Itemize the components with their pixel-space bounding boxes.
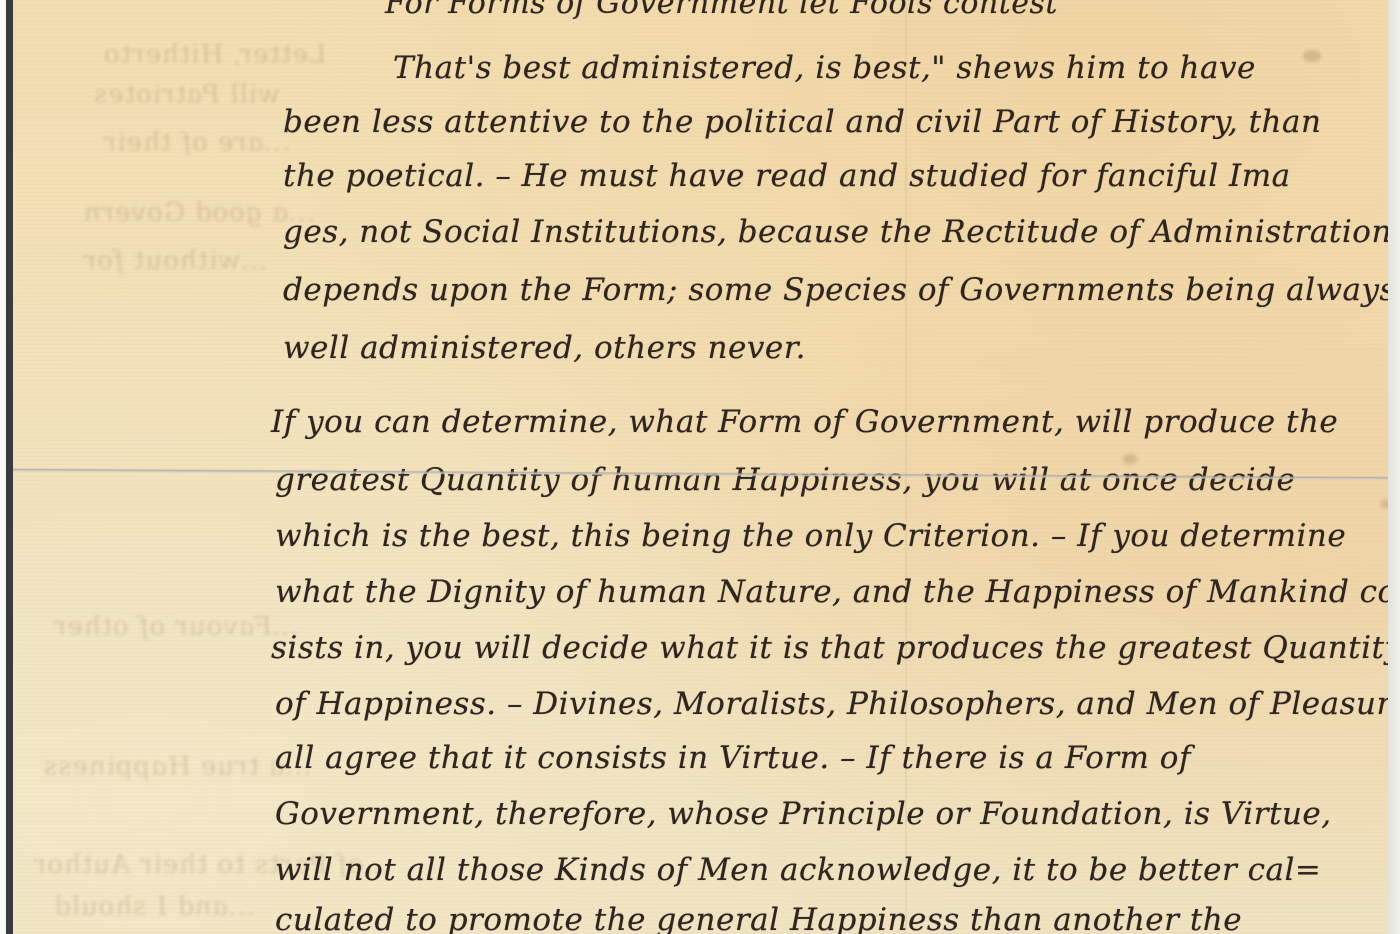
bleed-through-line: Letter, Hitherto (101, 40, 328, 70)
manuscript-line: greatest Quantity of human Happiness, yo… (275, 462, 1295, 498)
bleed-through-line: ...are of their (101, 128, 293, 158)
bleed-through-line: ...a true Happiness (41, 752, 315, 782)
manuscript-line: which is the best, this being the only C… (275, 518, 1346, 554)
scan-border-left (6, 0, 13, 934)
manuscript-line: well administered, others never. (283, 330, 806, 366)
document-viewer: Letter, Hitherto will Patriotes ...are o… (0, 0, 1400, 934)
ink-stain (1123, 454, 1137, 464)
manuscript-line: what the Dignity of human Nature, and th… (275, 574, 1389, 610)
manuscript-line: depends upon the Form; some Species of G… (283, 272, 1389, 308)
manuscript-line: That's best administered, is best," shew… (393, 50, 1256, 86)
manuscript-line: culated to promote the general Happiness… (275, 902, 1242, 934)
manuscript-line: all agree that it consists in Virtue. – … (275, 740, 1191, 776)
scan-margin-right (1388, 0, 1400, 934)
manuscript-line: been less attentive to the political and… (283, 104, 1321, 140)
manuscript-page: Letter, Hitherto will Patriotes ...are o… (13, 0, 1389, 934)
manuscript-line: sists in, you will decide what it is tha… (271, 630, 1389, 666)
bleed-through-line: ...without for (81, 246, 271, 276)
manuscript-line: will not all those Kinds of Men acknowle… (275, 852, 1321, 888)
manuscript-line: If you can determine, what Form of Gover… (271, 404, 1338, 440)
manuscript-line: the poetical. – He must have read and st… (283, 158, 1291, 194)
bleed-through-line: ...and I should (51, 892, 258, 922)
manuscript-line: of Happiness. – Divines, Moralists, Phil… (275, 686, 1389, 722)
manuscript-line: ges, not Social Institutions, because th… (283, 214, 1389, 250)
bleed-through-line: will Patriotes (91, 80, 283, 110)
bleed-through-line: ...Favour of other (51, 612, 302, 642)
manuscript-line: Government, therefore, whose Principle o… (275, 796, 1332, 832)
ink-stain (1303, 50, 1321, 62)
heading-fragment: For Forms of Government let Fools contes… (385, 0, 1058, 21)
